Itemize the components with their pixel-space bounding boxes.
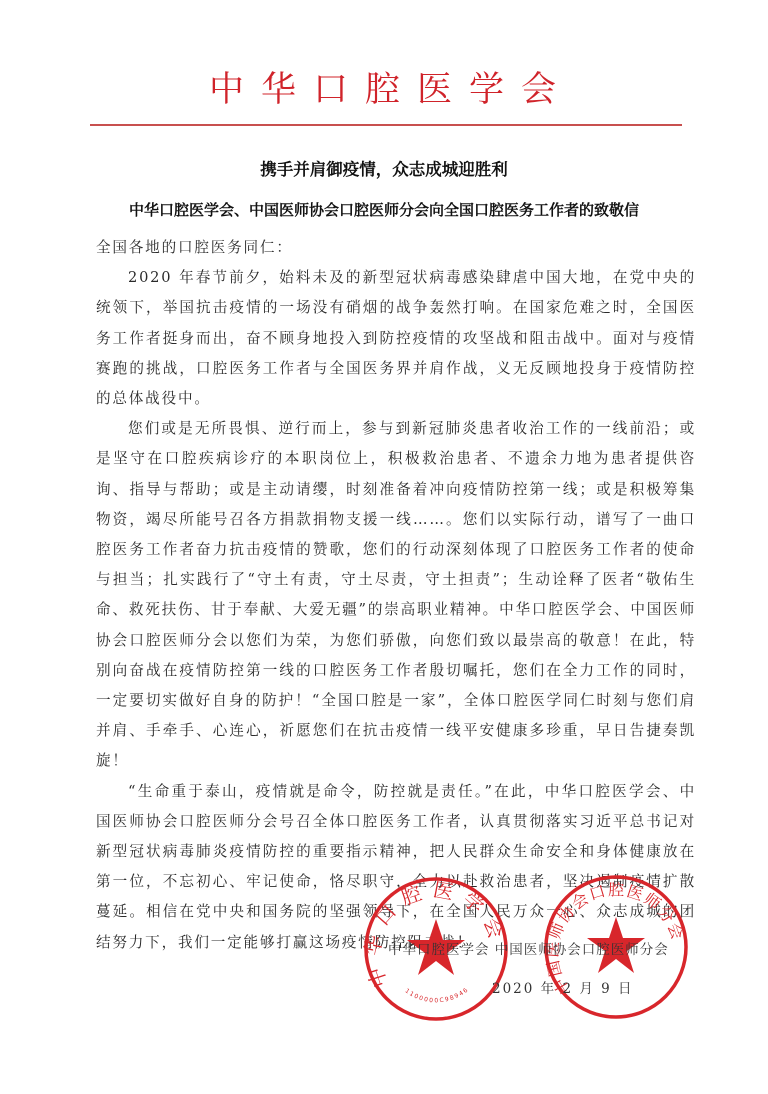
header-divider bbox=[90, 124, 682, 126]
letter-title: 携手并肩御疫情，众志成城迎胜利 bbox=[0, 156, 768, 180]
stamp-code: 1100000C98946 bbox=[404, 986, 471, 1004]
paragraph-1: 2020 年春节前夕，始料未及的新型冠状病毒感染肆虐中国大地，在党中央的统领下，… bbox=[96, 263, 696, 414]
signatories: 中华口腔医学会 中国医师协会口腔医师分会 bbox=[388, 938, 669, 958]
salutation: 全国各地的口腔医务同仁： bbox=[96, 233, 696, 263]
letter-body: 全国各地的口腔医务同仁： 2020 年春节前夕，始料未及的新型冠状病毒感染肆虐中… bbox=[96, 233, 696, 958]
letter-date: 2020 年 2 月 9 日 bbox=[492, 977, 634, 997]
organization-header: 中华口腔医学会 bbox=[0, 62, 768, 112]
paragraph-2: 您们或是无所畏惧、逆行而上，参与到新冠肺炎患者收治工作的一线前沿；或是坚守在口腔… bbox=[96, 414, 696, 776]
letter-subtitle: 中华口腔医学会、中国医师协会口腔医师分会向全国口腔医务工作者的致敬信 bbox=[0, 199, 768, 220]
svg-text:1100000C98946: 1100000C98946 bbox=[404, 986, 471, 1004]
